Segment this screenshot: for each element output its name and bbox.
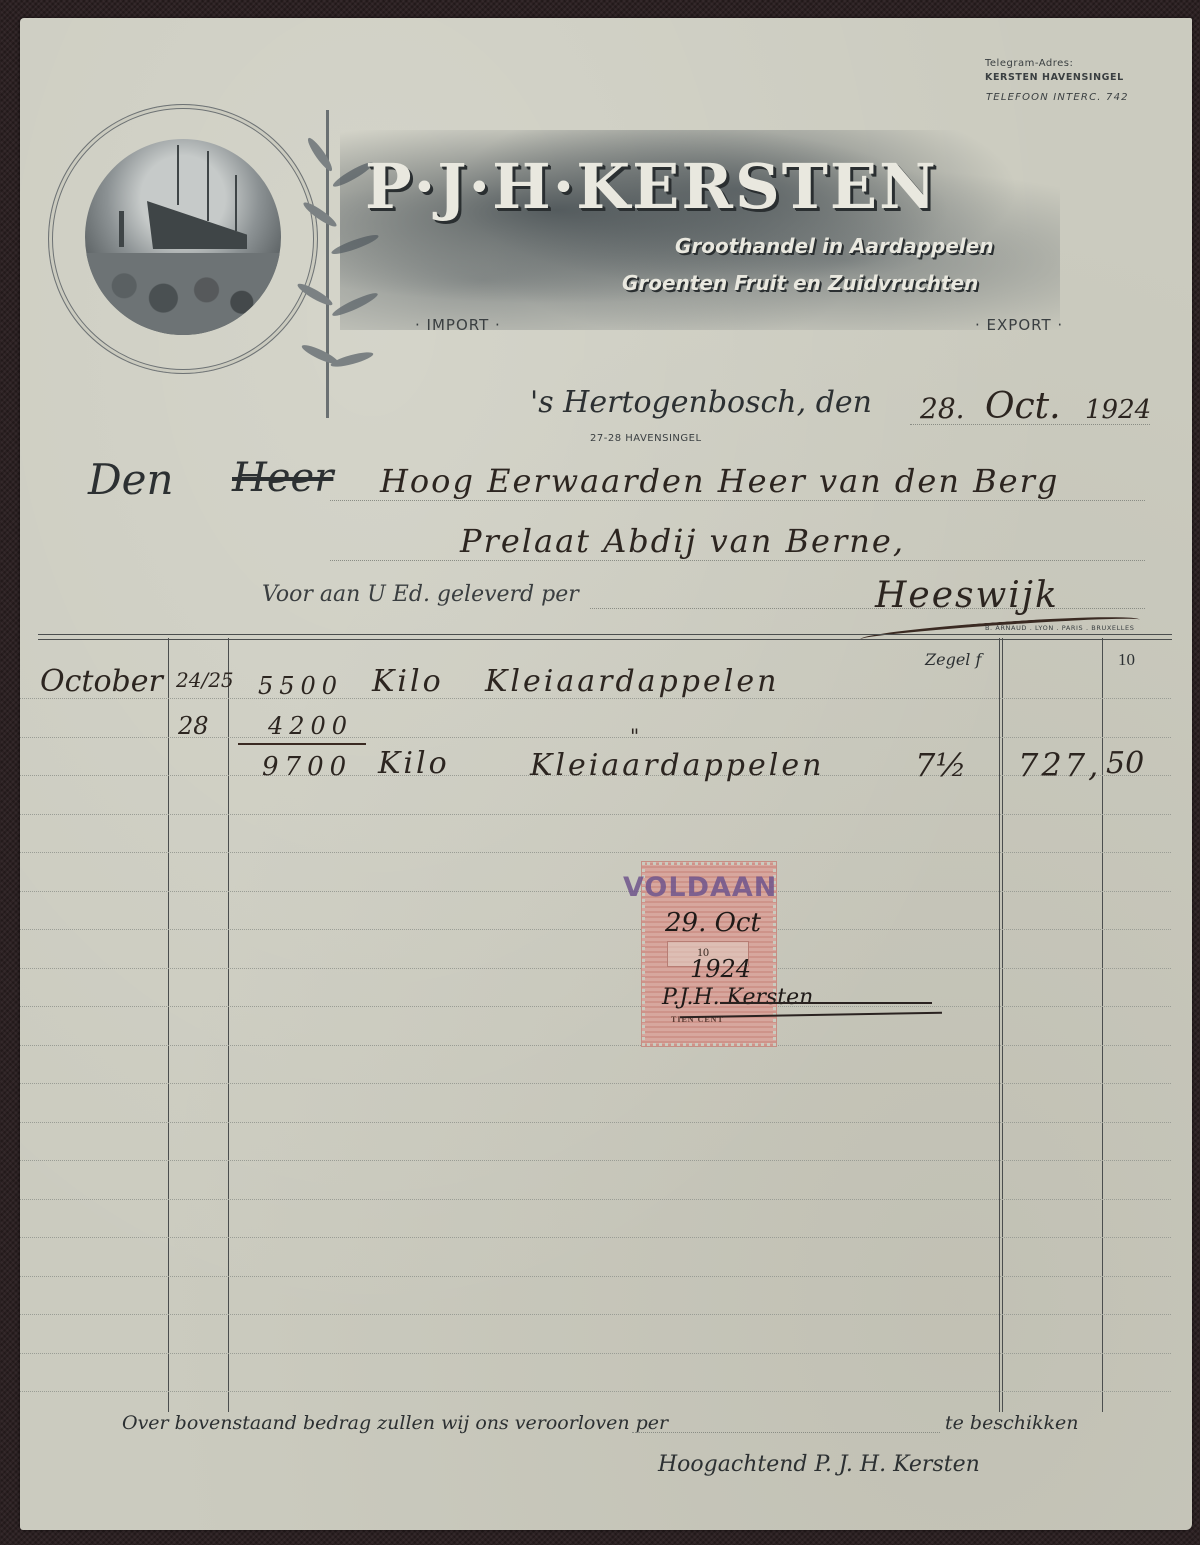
- row-1-month: October: [40, 664, 163, 699]
- paid-signature: P.J.H. Kersten: [662, 985, 813, 1010]
- row-3-quantity: 9700: [262, 752, 352, 782]
- tagline-produce: Groenten Fruit en Zuidvruchten: [622, 271, 978, 295]
- row-2-ditto: ": [630, 724, 639, 748]
- telegram-address: KERSTEN HAVENSINGEL: [985, 72, 1124, 83]
- row-1-date: 24/25: [176, 668, 234, 692]
- column-divider-cents: [1102, 638, 1103, 1412]
- column-divider-amount: [999, 638, 1000, 1412]
- date-year: 1924: [1085, 395, 1151, 425]
- tagline-potatoes: Groothandel in Aardappelen: [675, 234, 994, 258]
- addressee-line-2: Prelaat Abdij van Berne,: [460, 522, 905, 560]
- row-3-rate: 7½: [915, 746, 966, 784]
- row-1-quantity: 5500: [258, 672, 343, 700]
- column-divider-date: [168, 638, 169, 1412]
- column-divider-description: [228, 638, 229, 1412]
- delivered-label: Voor aan U Ed. geleverd per: [262, 582, 579, 607]
- printer-credit: B. ARNAUD . LYON . PARIS . BRUXELLES: [985, 624, 1134, 632]
- subtotal-rule: [238, 743, 366, 745]
- row-1-description: Kleiaardappelen: [485, 664, 779, 699]
- telephone-number: TELEFOON INTERC. 742: [986, 92, 1129, 103]
- export-label: · EXPORT ·: [975, 316, 1063, 334]
- paid-year: 1924: [690, 955, 751, 983]
- closing-signature: Hoogachtend P. J. H. Kersten: [658, 1452, 980, 1477]
- struck-salutation: Heer: [232, 455, 333, 501]
- city-printed: 's Hertogenbosch, den: [530, 385, 872, 420]
- produce-pile-icon: [85, 253, 281, 335]
- row-2-quantity: 4200: [268, 712, 353, 740]
- stamp-duty-label: Zegel f: [925, 650, 981, 669]
- payment-terms-suffix: te beschikken: [945, 1412, 1079, 1434]
- date-day: 28.: [920, 392, 965, 425]
- addressee-prefix: Den: [88, 455, 174, 504]
- row-1-unit: Kilo: [372, 664, 444, 699]
- row-2-date: 28: [178, 712, 209, 740]
- stamp-duty-cents: 10: [1118, 650, 1135, 670]
- voldaan-paid-stamp: VOLDAAN: [623, 872, 777, 903]
- row-3-amount-guilders: 727,: [1018, 746, 1101, 784]
- paid-date: 29. Oct: [665, 908, 761, 938]
- harbour-vignette-image: [48, 104, 318, 374]
- ship-icon: [147, 201, 247, 249]
- company-address: 27-28 HAVENSINGEL: [590, 433, 702, 444]
- row-3-description: Kleiaardappelen: [530, 748, 824, 783]
- import-label: · IMPORT ·: [415, 316, 501, 334]
- row-3-unit: Kilo: [378, 746, 450, 781]
- addressee-line-1: Hoog Eerwaarden Heer van den Berg: [380, 462, 1059, 500]
- company-name: P·J·H·KERSTEN: [365, 150, 938, 223]
- delivered-to: Heeswijk: [875, 575, 1059, 616]
- row-3-amount-cents: 50: [1106, 746, 1144, 781]
- date-month: Oct.: [985, 386, 1061, 427]
- telegram-label: Telegram-Adres:: [985, 58, 1073, 69]
- payment-terms-prefix: Over bovenstaand bedrag zullen wij ons v…: [122, 1412, 668, 1434]
